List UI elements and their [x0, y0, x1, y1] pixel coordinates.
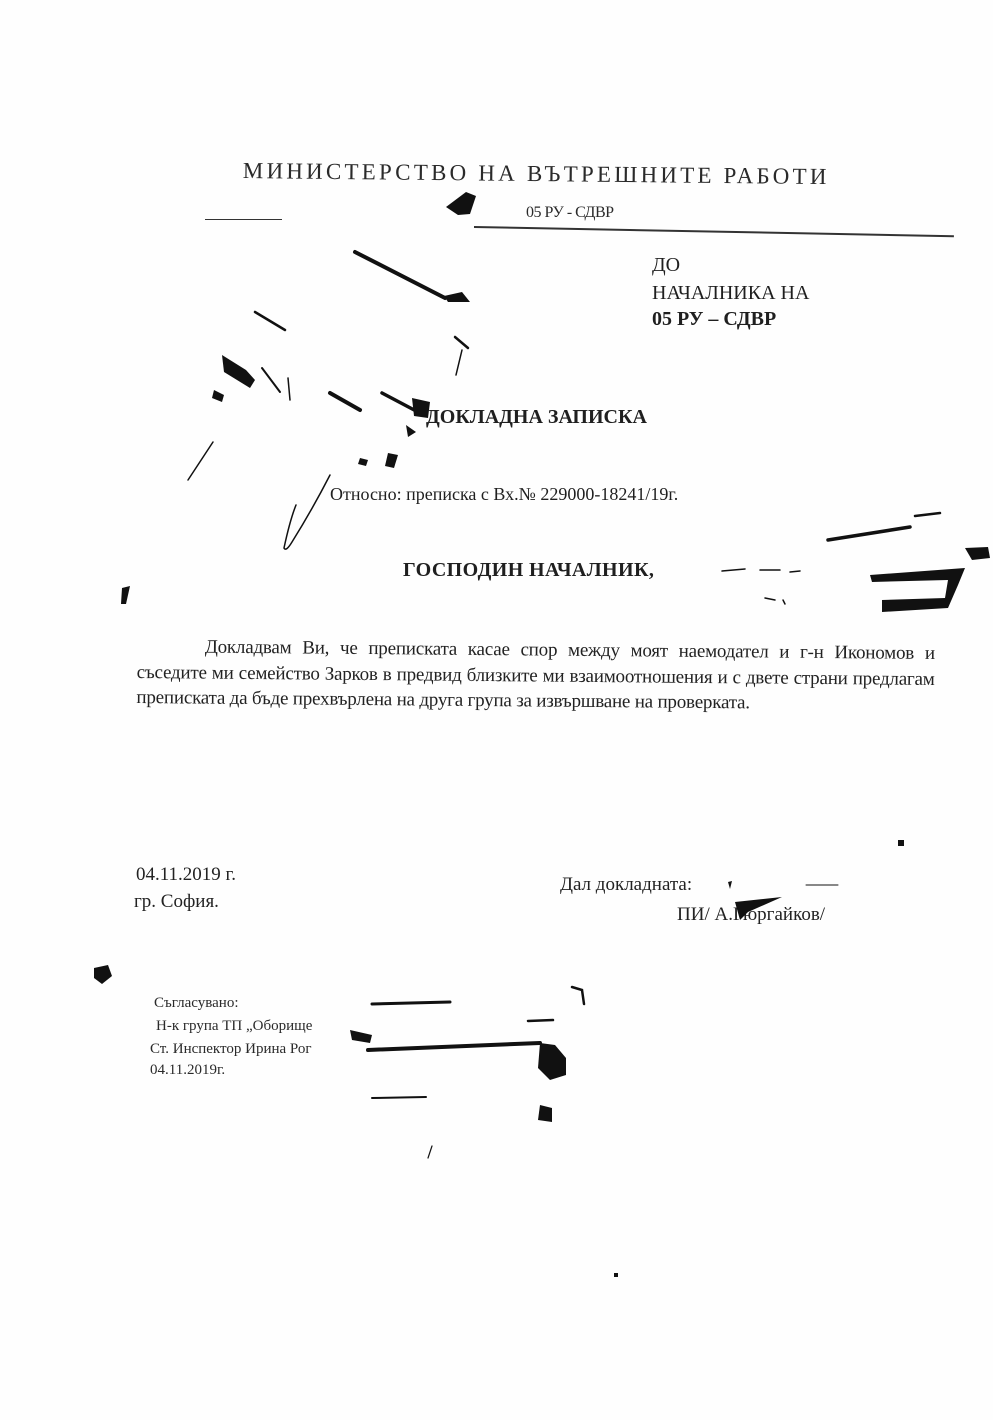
document-subject: Относно: преписка с Вх.№ 229000-18241/19… — [330, 484, 678, 505]
report-city: гр. София. — [134, 891, 219, 913]
approval-position: Н-к група ТП „Оборище — [156, 1018, 312, 1035]
addressee-to: ДО — [652, 254, 680, 277]
approval-label: Съгласувано: — [154, 995, 239, 1012]
body-paragraph: Докладвам Ви, че преписката касае спор м… — [136, 634, 935, 717]
approval-officer: Ст. Инспектор Ирина Рог — [150, 1041, 312, 1058]
header-rule-right — [474, 226, 954, 237]
header-rule-left — [205, 219, 282, 220]
report-date: 04.11.2019 г. — [136, 864, 236, 886]
ministry-heading: МИНИСТЕРСТВО НА ВЪТРЕШНИТЕ РАБОТИ — [243, 158, 830, 190]
document-title: ДОКЛАДНА ЗАПИСКА — [426, 406, 647, 429]
given-by-label: Дал докладната: — [560, 874, 692, 896]
salutation: ГОСПОДИН НАЧАЛНИК, — [403, 559, 654, 582]
approval-date: 04.11.2019г. — [150, 1062, 225, 1079]
document-page: МИНИСТЕРСТВО НА ВЪТРЕШНИТЕ РАБОТИ 05 РУ … — [0, 0, 993, 1420]
addressee-unit: 05 РУ – СДВР — [652, 308, 776, 331]
signer-name: ПИ/ А.Гюргайков/ — [677, 904, 825, 926]
addressee-title: НАЧАЛНИКА НА — [652, 282, 809, 305]
unit-subheading: 05 РУ - СДВР — [526, 204, 614, 222]
